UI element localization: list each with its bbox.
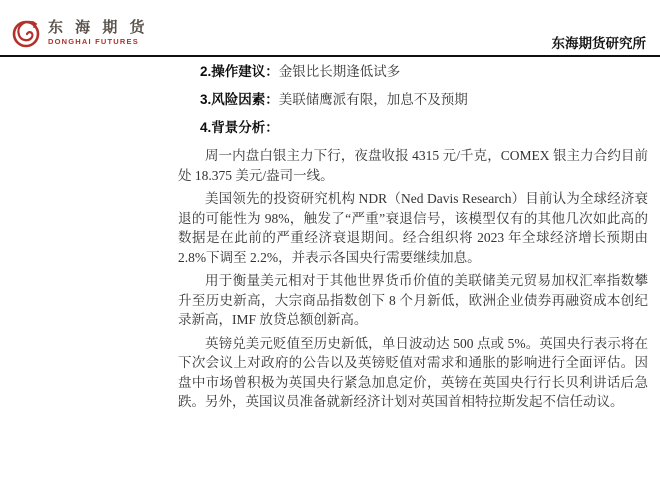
report-page: 东 海 期 货 DONGHAI FUTURES 东海期货研究所 2.操作建议：金… <box>0 0 660 487</box>
analysis-paragraph-ndr-recession: 美国领先的投资研究机构 NDR（Ned Davis Research）目前认为全… <box>178 189 648 267</box>
section-heading-operation-advice: 2.操作建议：金银比长期逢低试多 <box>200 62 648 82</box>
section-heading-background-analysis: 4.背景分析： <box>200 118 648 138</box>
analysis-paragraph-silver-price: 周一内盘白银主力下行，夜盘收报 4315 元/千克，COMEX 银主力合约目前处… <box>178 146 648 185</box>
logo-text-block: 东 海 期 货 DONGHAI FUTURES <box>48 20 149 46</box>
analysis-paragraph-gbp-usd: 英镑兑美元贬值至历史新低，单日波动达 500 点或 5%。英国央行表示将在下次会… <box>178 334 648 412</box>
logo-company-name-en: DONGHAI FUTURES <box>48 38 149 46</box>
company-logo: 东 海 期 货 DONGHAI FUTURES <box>10 17 149 49</box>
dragon-logo-icon <box>10 17 42 49</box>
section-heading-risk-factors: 3.风险因素：美联储鹰派有限，加息不及预期 <box>200 90 648 110</box>
section-label: 2.操作建议： <box>200 64 279 79</box>
report-header: 东 海 期 货 DONGHAI FUTURES 东海期货研究所 <box>0 0 660 57</box>
section-text: 金银比长期逢低试多 <box>279 64 401 79</box>
analysis-paragraph-dollar-index: 用于衡量美元相对于其他世界货币价值的美联储美元贸易加权汇率指数攀升至历史新高，大… <box>178 271 648 330</box>
section-label: 4.背景分析： <box>200 120 279 135</box>
institute-name: 东海期货研究所 <box>552 32 647 52</box>
logo-company-name-cn: 东 海 期 货 <box>48 20 149 35</box>
section-label: 3.风险因素： <box>200 92 279 107</box>
report-body: 2.操作建议：金银比长期逢低试多 3.风险因素：美联储鹰派有限，加息不及预期 4… <box>178 62 648 416</box>
section-text: 美联储鹰派有限，加息不及预期 <box>279 92 468 107</box>
